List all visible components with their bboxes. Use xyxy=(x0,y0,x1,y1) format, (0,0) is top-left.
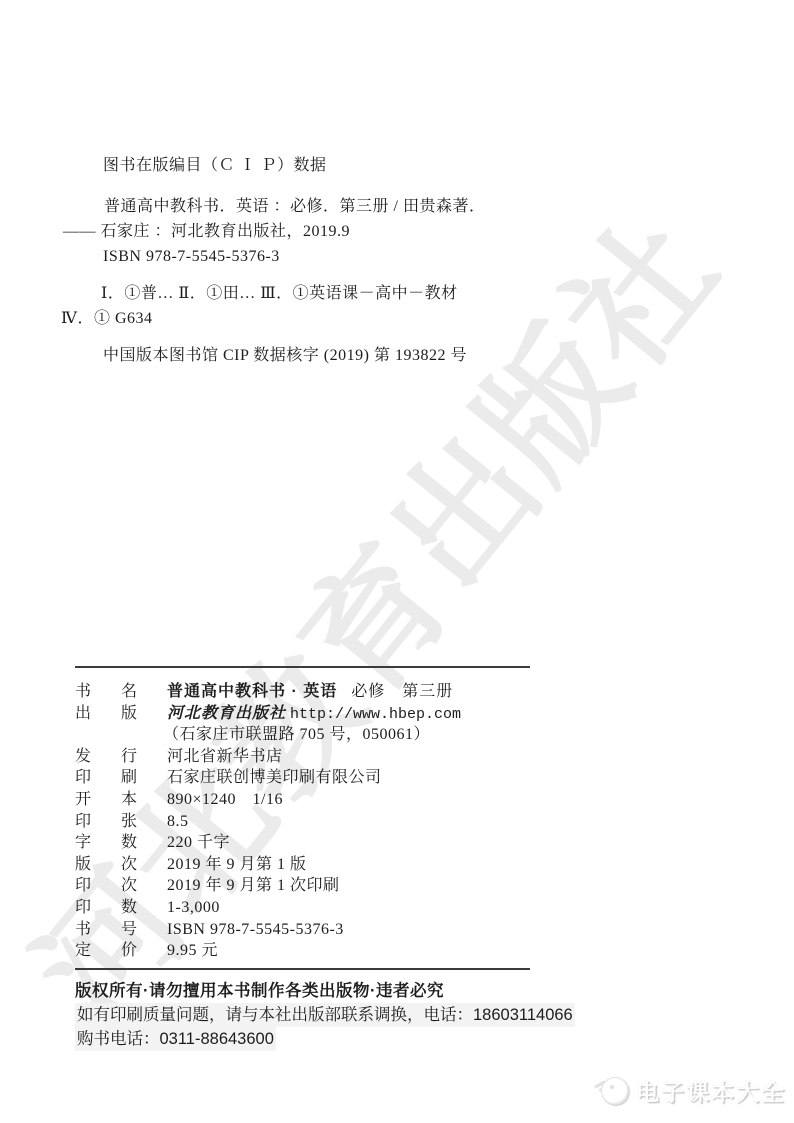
cip-record-number: 中国版本图书馆 CIP 数据核字 (2019) 第 193822 号 xyxy=(103,346,467,366)
publisher-url: http://www.hbep.com xyxy=(290,706,461,723)
table-row-wordcount: 字数 220 千字 xyxy=(75,829,635,851)
row-label: 印数 xyxy=(75,894,167,917)
row-value: 220 千字 xyxy=(167,829,230,852)
cip-isbn-line: ISBN 978-7-5545-5376-3 xyxy=(103,247,280,267)
brand-logo: 电子课本大全 xyxy=(594,1073,786,1107)
table-row-printrun: 印数 1-3,000 xyxy=(75,894,635,916)
quality-notice-line: 如有印刷质量问题，请与本社出版部联系调换，电话：18603114066 xyxy=(75,1003,575,1027)
cip-heading: 图书在版编目（Ｃ Ｉ Ｐ）数据 xyxy=(103,156,327,176)
row-label: 字数 xyxy=(75,829,167,852)
book-title-bold: 普通高中教科书 · 英语 xyxy=(167,683,337,700)
chick-mascot-icon xyxy=(594,1073,630,1107)
divider-bottom xyxy=(75,968,530,970)
purchase-phone-line: 购书电话：0311-88643600 xyxy=(75,1027,575,1051)
table-row-impression: 印次 2019 年 9 月第 1 次印刷 xyxy=(75,872,635,894)
brand-name: 电子课本大全 xyxy=(636,1074,786,1107)
cip-publisher-line: —— 石家庄 ：河北教育出版社，2019.9 xyxy=(63,222,350,242)
row-value: 1-3,000 xyxy=(167,899,220,917)
purchase-phone: 购书电话：0311-88643600 xyxy=(75,1027,276,1051)
row-value: 2019 年 9 月第 1 次印刷 xyxy=(167,872,340,895)
copyright-page: 河北教育出版社 图书在版编目（Ｃ Ｉ Ｐ）数据 普通高中教科书．英语 ：必修．第… xyxy=(0,0,794,1123)
colophon-table: 书名 普通高中教科书 · 英语必修 第三册 出版 河北教育出版社http://w… xyxy=(75,678,635,959)
table-row-format: 开本 890×1240 1/16 xyxy=(75,786,635,808)
quality-notice: 如有印刷质量问题，请与本社出版部联系调换，电话：18603114066 xyxy=(75,1003,575,1027)
table-row-isbn: 书号 ISBN 978-7-5545-5376-3 xyxy=(75,916,635,938)
row-label: 版次 xyxy=(75,851,167,874)
copyright-notice: 版权所有·请勿擅用本书制作各类出版物·违者必究 xyxy=(75,979,575,1003)
row-label: 出版 xyxy=(75,700,167,723)
table-row-printer: 印刷 石家庄联创博美印刷有限公司 xyxy=(75,764,635,786)
table-row-distributor: 发行 河北省新华书店 xyxy=(75,743,635,765)
row-value: 石家庄联创博美印刷有限公司 xyxy=(167,764,382,787)
book-title-rest: 必修 第三册 xyxy=(351,683,453,700)
footer-notices: 版权所有·请勿擅用本书制作各类出版物·违者必究 如有印刷质量问题，请与本社出版部… xyxy=(75,979,575,1051)
row-label: 印次 xyxy=(75,872,167,895)
row-value: 8.5 xyxy=(167,813,189,831)
row-label: 书号 xyxy=(75,916,167,939)
row-label: 印刷 xyxy=(75,764,167,787)
table-row-edition: 版次 2019 年 9 月第 1 版 xyxy=(75,851,635,873)
row-label: 书名 xyxy=(75,678,167,701)
row-value: 9.95 元 xyxy=(167,937,218,960)
row-value: 2019 年 9 月第 1 版 xyxy=(167,851,307,874)
divider-top xyxy=(75,666,530,668)
row-value: 890×1240 1/16 xyxy=(167,786,283,809)
table-row-book-title: 书名 普通高中教科书 · 英语必修 第三册 xyxy=(75,678,635,700)
row-value: ISBN 978-7-5545-5376-3 xyxy=(167,921,344,939)
publisher-calligraphy: 河北教育出版社 xyxy=(167,705,286,722)
cip-title-line: 普通高中教科书．英语 ：必修．第三册 / 田贵森著． xyxy=(104,197,485,217)
row-label: 开本 xyxy=(75,786,167,809)
table-row-publisher: 出版 河北教育出版社http://www.hbep.com xyxy=(75,700,635,722)
table-row-price: 定价 9.95 元 xyxy=(75,937,635,959)
row-label: 定价 xyxy=(75,937,167,960)
publisher-address: （石家庄市联盟路 705 号，050061） xyxy=(75,721,635,743)
row-value: 河北教育出版社http://www.hbep.com xyxy=(167,700,461,723)
row-label: 印张 xyxy=(75,808,167,831)
table-row-sheets: 印张 8.5 xyxy=(75,808,635,830)
row-label: 发行 xyxy=(75,743,167,766)
cip-classification-line2: Ⅳ．① G634 xyxy=(61,309,153,329)
cip-classification-line1: Ⅰ．①普… Ⅱ．①田… Ⅲ．①英语课－高中－教材 xyxy=(101,284,458,304)
row-value: 河北省新华书店 xyxy=(167,743,283,766)
row-value: 普通高中教科书 · 英语必修 第三册 xyxy=(167,678,453,701)
